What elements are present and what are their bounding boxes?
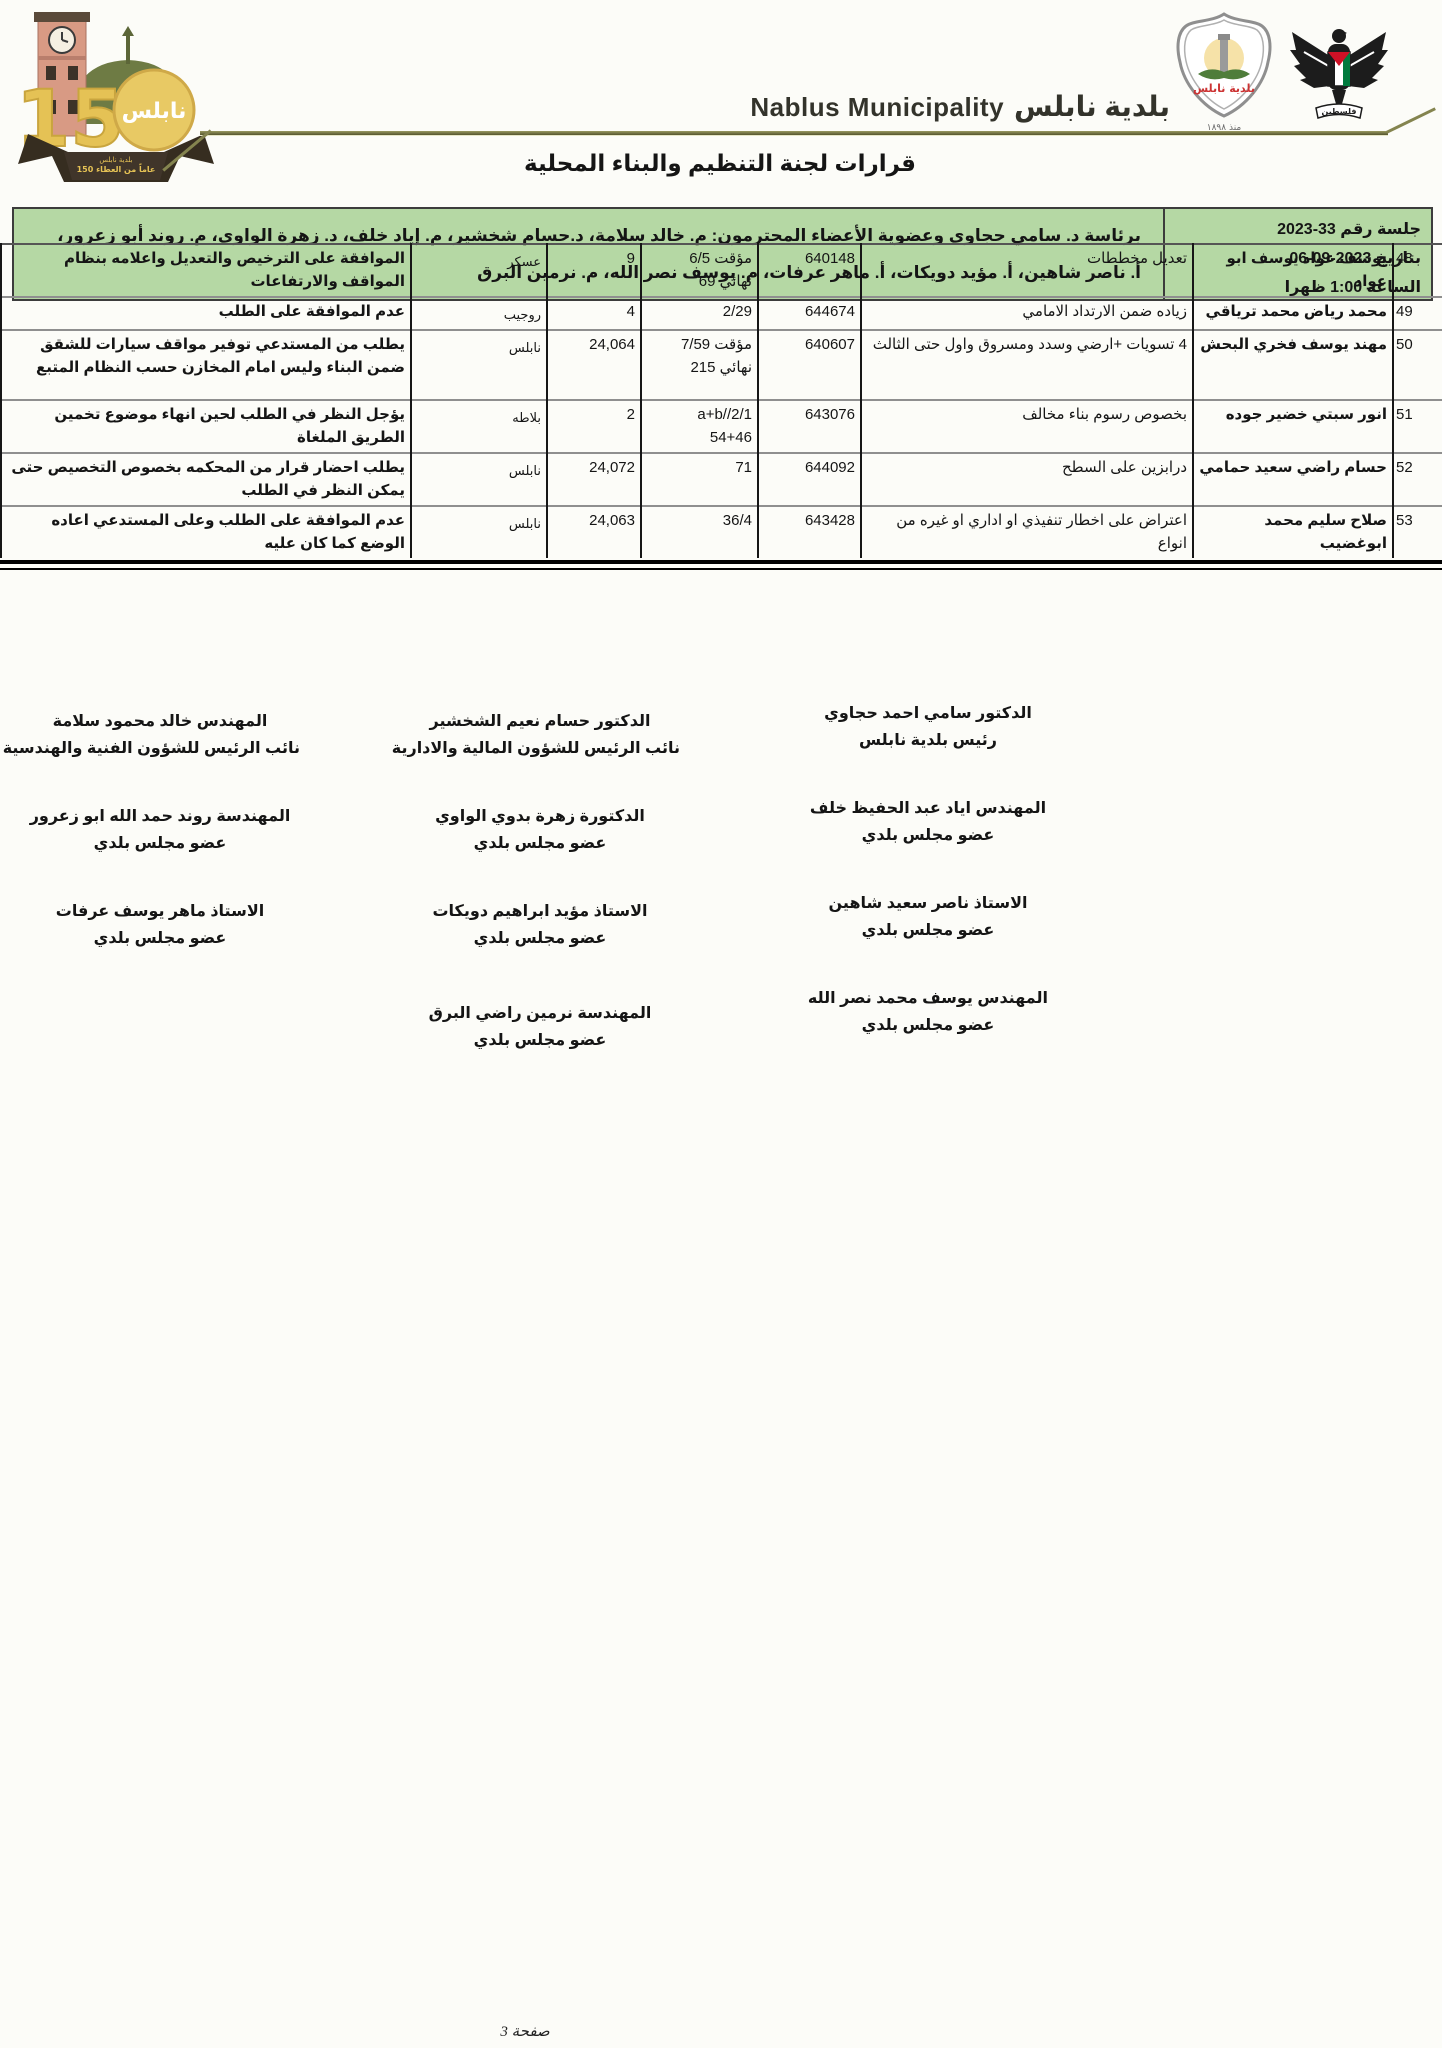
eagle-tail bbox=[1332, 90, 1346, 104]
decision-text: عدم الموافقة على الطلب وعلى المستدعي اعا… bbox=[1, 506, 411, 558]
plot-number: 71 bbox=[641, 453, 758, 506]
nablus-150-years-logo: 15 نابلس بلدية نابلس 150 عاماً من العطاء bbox=[8, 4, 224, 195]
area-name: نابلس bbox=[411, 330, 547, 400]
block-number: 9 bbox=[547, 244, 641, 297]
signatory-title: عضو مجلس بلدي bbox=[400, 1027, 680, 1054]
subject: اعتراض على اخطار تنفيذي او اداري او غيره… bbox=[861, 506, 1193, 558]
signatory-name: المهندسة نرمين راضي البرق bbox=[400, 1000, 680, 1027]
signature-block: الاستاذ ماهر يوسف عرفات عضو مجلس بلدي bbox=[20, 898, 300, 952]
table-row: 53 صلاح سليم محمد ابوغضيب اعتراض على اخط… bbox=[1, 506, 1442, 558]
subject: 4 تسويات +ارضي وسدد ومسروق واول حتى الثا… bbox=[861, 330, 1193, 400]
block-number: 2 bbox=[547, 400, 641, 453]
plot-number: مؤقت 7/59 نهائي 215 bbox=[641, 330, 758, 400]
ribbon-line2: 150 عاماً من العطاء bbox=[77, 163, 156, 174]
medallion-calligraphy: نابلس bbox=[122, 99, 187, 124]
applicant-name: حسام راضي سعيد حمامي bbox=[1193, 453, 1393, 506]
municipality-name-en: Nablus Municipality bbox=[750, 92, 1004, 123]
block-number: 24,064 bbox=[547, 330, 641, 400]
row-number: 51 bbox=[1393, 400, 1442, 453]
table-row: 50 مهند يوسف فخري البحش 4 تسويات +ارضي و… bbox=[1, 330, 1442, 400]
eagle-banner-text: فلسطين bbox=[1322, 107, 1357, 116]
palestine-eagle-graphic: فلسطين bbox=[1286, 20, 1392, 126]
document-title: قرارات لجنة التنظيم والبناء المحلية bbox=[300, 150, 1140, 177]
decisions-table-wrap: 48 يوسف عواد يوسف ابو عواد تعديل مخططات … bbox=[0, 243, 1442, 570]
municipality-emblem-graphic: بلدية نابلس منذ ١٨٩٨ bbox=[1170, 12, 1278, 136]
plot-number: a+b//2/1 54+46 bbox=[641, 400, 758, 453]
signatory-title: رئيس بلدية نابلس bbox=[808, 727, 1048, 754]
signature-block: الدكتورة زهرة بدوي الواوي عضو مجلس بلدي bbox=[400, 803, 680, 857]
signature-block: المهندس خالد محمود سلامة نائب الرئيس للش… bbox=[20, 708, 300, 762]
header-separator-line bbox=[200, 131, 1388, 135]
file-number: 643428 bbox=[758, 506, 861, 558]
signatory-title: عضو مجلس بلدي bbox=[400, 925, 680, 952]
subject: زياده ضمن الارتداد الامامي bbox=[861, 297, 1193, 330]
signatory-name: الاستاذ مؤيد ابراهيم دويكات bbox=[400, 898, 680, 925]
table-bottom-double-rule bbox=[0, 560, 1442, 570]
decision-text: يطلب من المستدعي توفير مواقف سيارات للشق… bbox=[1, 330, 411, 400]
applicant-name: انور سبتي خضير جوده bbox=[1193, 400, 1393, 453]
subject: درابزين على السطح bbox=[861, 453, 1193, 506]
signatory-name: المهندس اياد عبد الحفيظ خلف bbox=[808, 795, 1048, 822]
signatory-name: الدكتور سامي احمد حجاوي bbox=[808, 700, 1048, 727]
signatory-name: المهندس خالد محمود سلامة bbox=[20, 708, 300, 735]
signatory-name: الاستاذ ماهر يوسف عرفات bbox=[20, 898, 300, 925]
municipality-brand-title: Nablus Municipality بلدية نابلس bbox=[690, 90, 1170, 123]
area-name: بلاطه bbox=[411, 400, 547, 453]
row-number: 52 bbox=[1393, 453, 1442, 506]
ribbon-line1: بلدية نابلس bbox=[99, 156, 132, 164]
subject: بخصوص رسوم بناء مخالف bbox=[861, 400, 1193, 453]
signatory-title: نائب الرئيس للشؤون الفنية والهندسية bbox=[20, 735, 300, 762]
signature-block: المهندسة نرمين راضي البرق عضو مجلس بلدي bbox=[400, 1000, 680, 1054]
file-number: 640148 bbox=[758, 244, 861, 297]
row-number: 49 bbox=[1393, 297, 1442, 330]
signatory-title: عضو مجلس بلدي bbox=[808, 822, 1048, 849]
subject: تعديل مخططات bbox=[861, 244, 1193, 297]
eagle-head bbox=[1332, 29, 1346, 43]
plot-number: 2/29 bbox=[641, 297, 758, 330]
plot-number: مؤقت 6/5 نهائي 69 bbox=[641, 244, 758, 297]
area-name: نابلس bbox=[411, 506, 547, 558]
table-row: 52 حسام راضي سعيد حمامي درابزين على السط… bbox=[1, 453, 1442, 506]
area-name: روجيب bbox=[411, 297, 547, 330]
signature-block: الاستاذ ناصر سعيد شاهين عضو مجلس بلدي bbox=[808, 890, 1048, 944]
nablus-municipality-emblem: بلدية نابلس منذ ١٨٩٨ bbox=[1170, 12, 1278, 141]
applicant-name: صلاح سليم محمد ابوغضيب bbox=[1193, 506, 1393, 558]
header-separator-diagonal-right bbox=[1386, 107, 1436, 133]
signature-block: المهندس اياد عبد الحفيظ خلف عضو مجلس بلد… bbox=[808, 795, 1048, 849]
signatory-title: عضو مجلس بلدي bbox=[400, 830, 680, 857]
area-name: نابلس bbox=[411, 453, 547, 506]
file-number: 643076 bbox=[758, 400, 861, 453]
plot-number: 36/4 bbox=[641, 506, 758, 558]
file-number: 640607 bbox=[758, 330, 861, 400]
page-number: صفحة 3 bbox=[425, 2022, 625, 2041]
signatory-name: المهندسة روند حمد الله ابو زعرور bbox=[20, 803, 300, 830]
signatory-title: عضو مجلس بلدي bbox=[808, 1012, 1048, 1039]
emblem-minaret bbox=[1220, 38, 1228, 72]
signatory-name: المهندس يوسف محمد نصر الله bbox=[808, 985, 1048, 1012]
signature-block: الدكتور سامي احمد حجاوي رئيس بلدية نابلس bbox=[808, 700, 1048, 754]
row-number: 53 bbox=[1393, 506, 1442, 558]
signature-block: الاستاذ مؤيد ابراهيم دويكات عضو مجلس بلد… bbox=[400, 898, 680, 952]
decision-text: يطلب احضار قرار من المحكمه بخصوص التخصيص… bbox=[1, 453, 411, 506]
area-name: عسكر bbox=[411, 244, 547, 297]
table-row: 49 محمد رياض محمد ترياقي زياده ضمن الارت… bbox=[1, 297, 1442, 330]
row-number: 48 bbox=[1393, 244, 1442, 297]
signatory-name: الدكتورة زهرة بدوي الواوي bbox=[400, 803, 680, 830]
signature-block: المهندس يوسف محمد نصر الله عضو مجلس بلدي bbox=[808, 985, 1048, 1039]
signatory-name: الدكتور حسام نعيم الشخشير bbox=[400, 708, 680, 735]
document-page: 15 نابلس بلدية نابلس 150 عاماً من العطاء… bbox=[0, 0, 1442, 2048]
table-row: 48 يوسف عواد يوسف ابو عواد تعديل مخططات … bbox=[1, 244, 1442, 297]
decision-text: عدم الموافقة على الطلب bbox=[1, 297, 411, 330]
session-number: جلسة رقم 33-2023 bbox=[1169, 215, 1421, 244]
emblem-name-text: بلدية نابلس bbox=[1193, 82, 1255, 95]
signatory-title: عضو مجلس بلدي bbox=[20, 830, 300, 857]
signature-block: المهندسة روند حمد الله ابو زعرور عضو مجل… bbox=[20, 803, 300, 857]
block-number: 4 bbox=[547, 297, 641, 330]
decision-text: الموافقة على الترخيص والتعديل واعلامه بن… bbox=[1, 244, 411, 297]
palestine-coat-of-arms: فلسطين bbox=[1286, 20, 1392, 131]
table-row: 51 انور سبتي خضير جوده بخصوص رسوم بناء م… bbox=[1, 400, 1442, 453]
signatory-name: الاستاذ ناصر سعيد شاهين bbox=[808, 890, 1048, 917]
municipality-name-ar: بلدية نابلس bbox=[1014, 90, 1170, 123]
row-number: 50 bbox=[1393, 330, 1442, 400]
applicant-name: يوسف عواد يوسف ابو عواد bbox=[1193, 244, 1393, 297]
block-number: 24,063 bbox=[547, 506, 641, 558]
signature-block: الدكتور حسام نعيم الشخشير نائب الرئيس لل… bbox=[400, 708, 680, 762]
applicant-name: مهند يوسف فخري البحش bbox=[1193, 330, 1393, 400]
decision-text: يؤجل النظر في الطلب لحين انهاء موضوع تخم… bbox=[1, 400, 411, 453]
signatory-title: عضو مجلس بلدي bbox=[808, 917, 1048, 944]
decisions-table: 48 يوسف عواد يوسف ابو عواد تعديل مخططات … bbox=[0, 243, 1442, 558]
nablus-150-years-logo-graphic: 15 نابلس بلدية نابلس 150 عاماً من العطاء bbox=[8, 4, 224, 190]
signatory-title: نائب الرئيس للشؤون المالية والادارية bbox=[400, 735, 680, 762]
block-number: 24,072 bbox=[547, 453, 641, 506]
file-number: 644092 bbox=[758, 453, 861, 506]
applicant-name: محمد رياض محمد ترياقي bbox=[1193, 297, 1393, 330]
signatory-title: عضو مجلس بلدي bbox=[20, 925, 300, 952]
file-number: 644674 bbox=[758, 297, 861, 330]
